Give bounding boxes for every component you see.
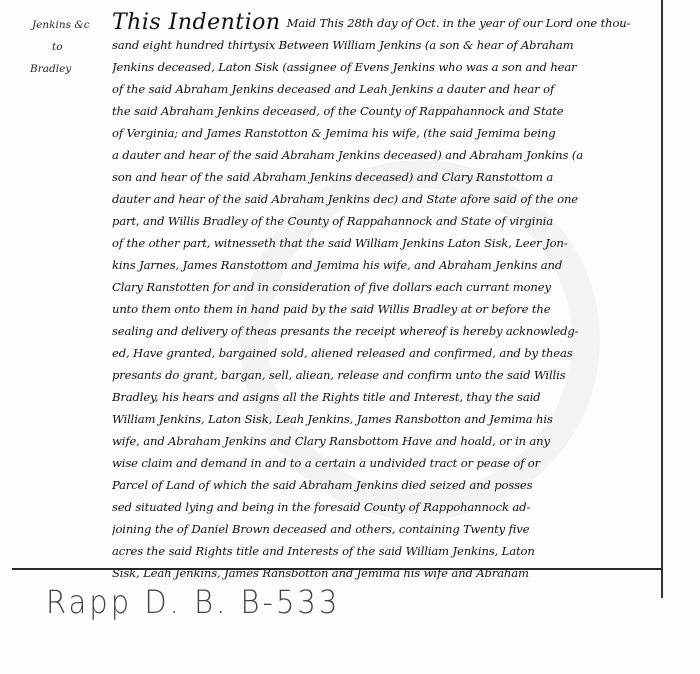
deed-line: of the other part, witnesseth that the s… <box>112 232 660 254</box>
deed-line: wife, and Abraham Jenkins and Clary Rans… <box>112 430 660 452</box>
deed-line: a dauter and hear of the said Abraham Je… <box>112 144 660 166</box>
deed-line: acres the said Rights title and Interest… <box>112 540 660 562</box>
deed-line: Sisk, Leah Jenkins, James Ransbotton and… <box>112 562 660 584</box>
deed-line: of Verginia; and James Ranstotton & Jemi… <box>112 122 660 144</box>
margin-note: Jenkins &c to Bradley <box>30 14 112 80</box>
deed-line: William Jenkins, Laton Sisk, Leah Jenkin… <box>112 408 660 430</box>
deed-line: dauter and hear of the said Abraham Jenk… <box>112 188 660 210</box>
margin-note-line: Bradley <box>30 58 112 80</box>
deed-line: Bradley, his hears and asigns all the Ri… <box>112 386 660 408</box>
deed-line-text: Maid This 28th day of Oct. in the year o… <box>287 16 631 30</box>
deed-line: ed, Have granted, bargained sold, aliene… <box>112 342 660 364</box>
deed-line: the said Abraham Jenkins deceased, of th… <box>112 100 660 122</box>
right-border-rule <box>661 0 663 598</box>
deed-line: sand eight hundred thirtysix Between Wil… <box>112 34 660 56</box>
deed-line: unto them onto them in hand paid by the … <box>112 298 660 320</box>
bottom-border-rule <box>12 568 662 570</box>
deed-line: of the said Abraham Jenkins deceased and… <box>112 78 660 100</box>
deed-line: kins Jarnes, James Ranstottom and Jemima… <box>112 254 660 276</box>
deed-body: This IndentionMaid This 28th day of Oct.… <box>112 12 660 584</box>
deed-line: presants do grant, bargan, sell, aliean,… <box>112 364 660 386</box>
deed-line: wise claim and demand in and to a certai… <box>112 452 660 474</box>
deed-line: Clary Ranstotten for and in consideratio… <box>112 276 660 298</box>
deed-line: This IndentionMaid This 28th day of Oct.… <box>112 12 660 34</box>
deed-line: sed situated lying and being in the fore… <box>112 496 660 518</box>
call-number-label: Rapp D. B. B-533 <box>46 583 340 620</box>
scanned-deed-page: Jenkins &c to Bradley This IndentionMaid… <box>0 0 700 674</box>
margin-note-line: Jenkins &c <box>30 14 112 36</box>
deed-line: joining the of Daniel Brown deceased and… <box>112 518 660 540</box>
deed-line: sealing and delivery of theas presants t… <box>112 320 660 342</box>
deed-line: Jenkins deceased, Laton Sisk (assignee o… <box>112 56 660 78</box>
deed-line: son and hear of the said Abraham Jenkins… <box>112 166 660 188</box>
deed-heading: This Indention <box>112 12 281 34</box>
deed-line: Parcel of Land of which the said Abraham… <box>112 474 660 496</box>
margin-note-line: to <box>30 36 112 58</box>
deed-line: part, and Willis Bradley of the County o… <box>112 210 660 232</box>
